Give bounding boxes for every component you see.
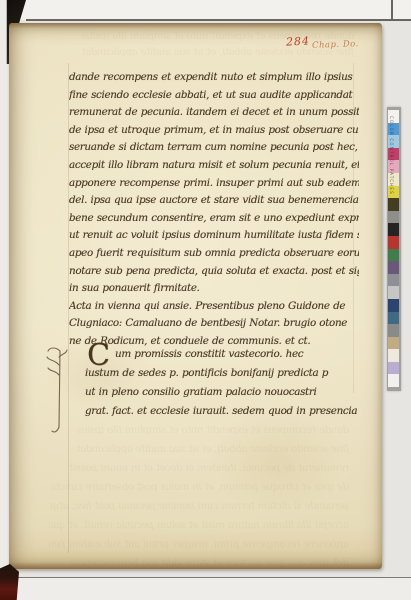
manuscript-line: accepit illo libram natura misit et solu… [49,516,349,535]
manuscript-line: iustum de sedes p. pontificis bonifanij … [85,364,357,383]
color-patch [388,362,399,375]
manuscript-line: ut renuit ac voluit ipsius dominum humil… [69,227,359,245]
frame-corner-line [391,0,393,19]
color-patch [388,198,399,211]
background-bottom-strip [0,578,411,600]
background-top-strip [0,0,411,20]
manuscript-line: fine sciendo ecclesie abbati, et ut sua … [49,440,349,459]
manuscript-line: apponere recompense primi. insuper primi… [49,535,349,554]
manuscript-line: de ipsa et utroque primum, et in maius p… [49,478,349,497]
decorated-initial: C [87,341,110,371]
folio-number: 284 [286,34,311,48]
manuscript-line: remunerat de pecunia. itandem ei decet e… [69,104,359,122]
frame-top-line [26,19,411,21]
manuscript-paragraph-1: dande recompens et expendit nuto et simp… [69,69,359,351]
manuscript-line: apponere recompense primi. insuper primi… [69,175,359,193]
manuscript-line: accepit illo libram natura misit et solu… [69,157,359,175]
manuscript-line: ut in pleno consilio gratiam palacio nou… [85,383,357,402]
page-top-edge-shadow [9,23,382,28]
page-bottom-edge-shadow [9,562,382,569]
manuscript-line: Clugniaco: Camaluano de bentbesij Notar.… [69,315,359,333]
shelfmark-annotation: Chap. Do. [312,39,359,51]
pen-flourish-decoration [44,345,68,435]
frame-bottom-line [16,577,411,578]
color-patch [388,286,399,299]
manuscript-paragraph-2-lines: um promissis constitit vastecorio. heciu… [85,345,357,421]
color-strip-label: COLOR CONTROL PATCHES [389,116,394,195]
manuscript-paragraph-2: C um promissis constitit vastecorio. hec… [85,345,357,421]
color-patch [388,299,399,312]
show-through-text-top: dande recompens et expendit nuto et simp… [64,29,354,61]
manuscript-line: notare sub pena predicta, quia soluta et… [69,263,359,281]
color-patch [388,223,399,236]
manuscript-line: apeo fuerit requisitum sub omnia predict… [69,245,359,263]
manuscript-line: grat. fact. et ecclesie iurauit. sedem q… [85,402,357,421]
manuscript-line: del. ipsa qua ipse auctore et stare vidi… [69,192,359,210]
color-patch [388,349,399,362]
color-patch [388,374,399,387]
manuscript-line: dande recompens et expendit nuto et simp… [64,29,354,45]
manuscript-line: in sua ponauerit firmitate. [69,280,359,298]
manuscript-line: fine sciendo ecclesie abbati, et ut sua … [69,87,359,105]
color-patch [388,261,399,274]
manuscript-line: dande recompens et expendit nuto et simp… [69,69,359,87]
color-patch [388,337,399,350]
manuscript-line: Acta in vienna qui ansie. Presentibus pl… [69,298,359,316]
color-patch [388,274,399,287]
color-patch [388,211,399,224]
show-through-text-bottom: dande recompens et expendit nuto et simp… [49,421,349,573]
manuscript-line: de ipsa et utroque primum, et in maius p… [69,122,359,140]
manuscript-line: remunerat de pecunia. itandem ei decet e… [49,459,349,478]
digitized-manuscript-photo: dande recompens et expendit nuto et simp… [0,0,411,600]
manuscript-line: dande recompens et expendit nuto et simp… [49,421,349,440]
color-patch [388,249,399,262]
color-patch [388,324,399,337]
manuscript-line: um promissis constitit vastecorio. hec [115,345,357,364]
manuscript-line: fine sciendo ecclesie abbati, et ut sua … [64,45,354,61]
manuscript-line: seruande si dictam terram cum nomine pec… [69,139,359,157]
color-patch [388,312,399,325]
binding-corner [0,564,19,600]
manuscript-line: seruande si dictam terram cum nomine pec… [49,497,349,516]
manuscript-line: bene secundum consentire, eram sit e uno… [69,210,359,228]
manuscript-page: dande recompens et expendit nuto et simp… [9,23,382,569]
color-patch [388,236,399,249]
